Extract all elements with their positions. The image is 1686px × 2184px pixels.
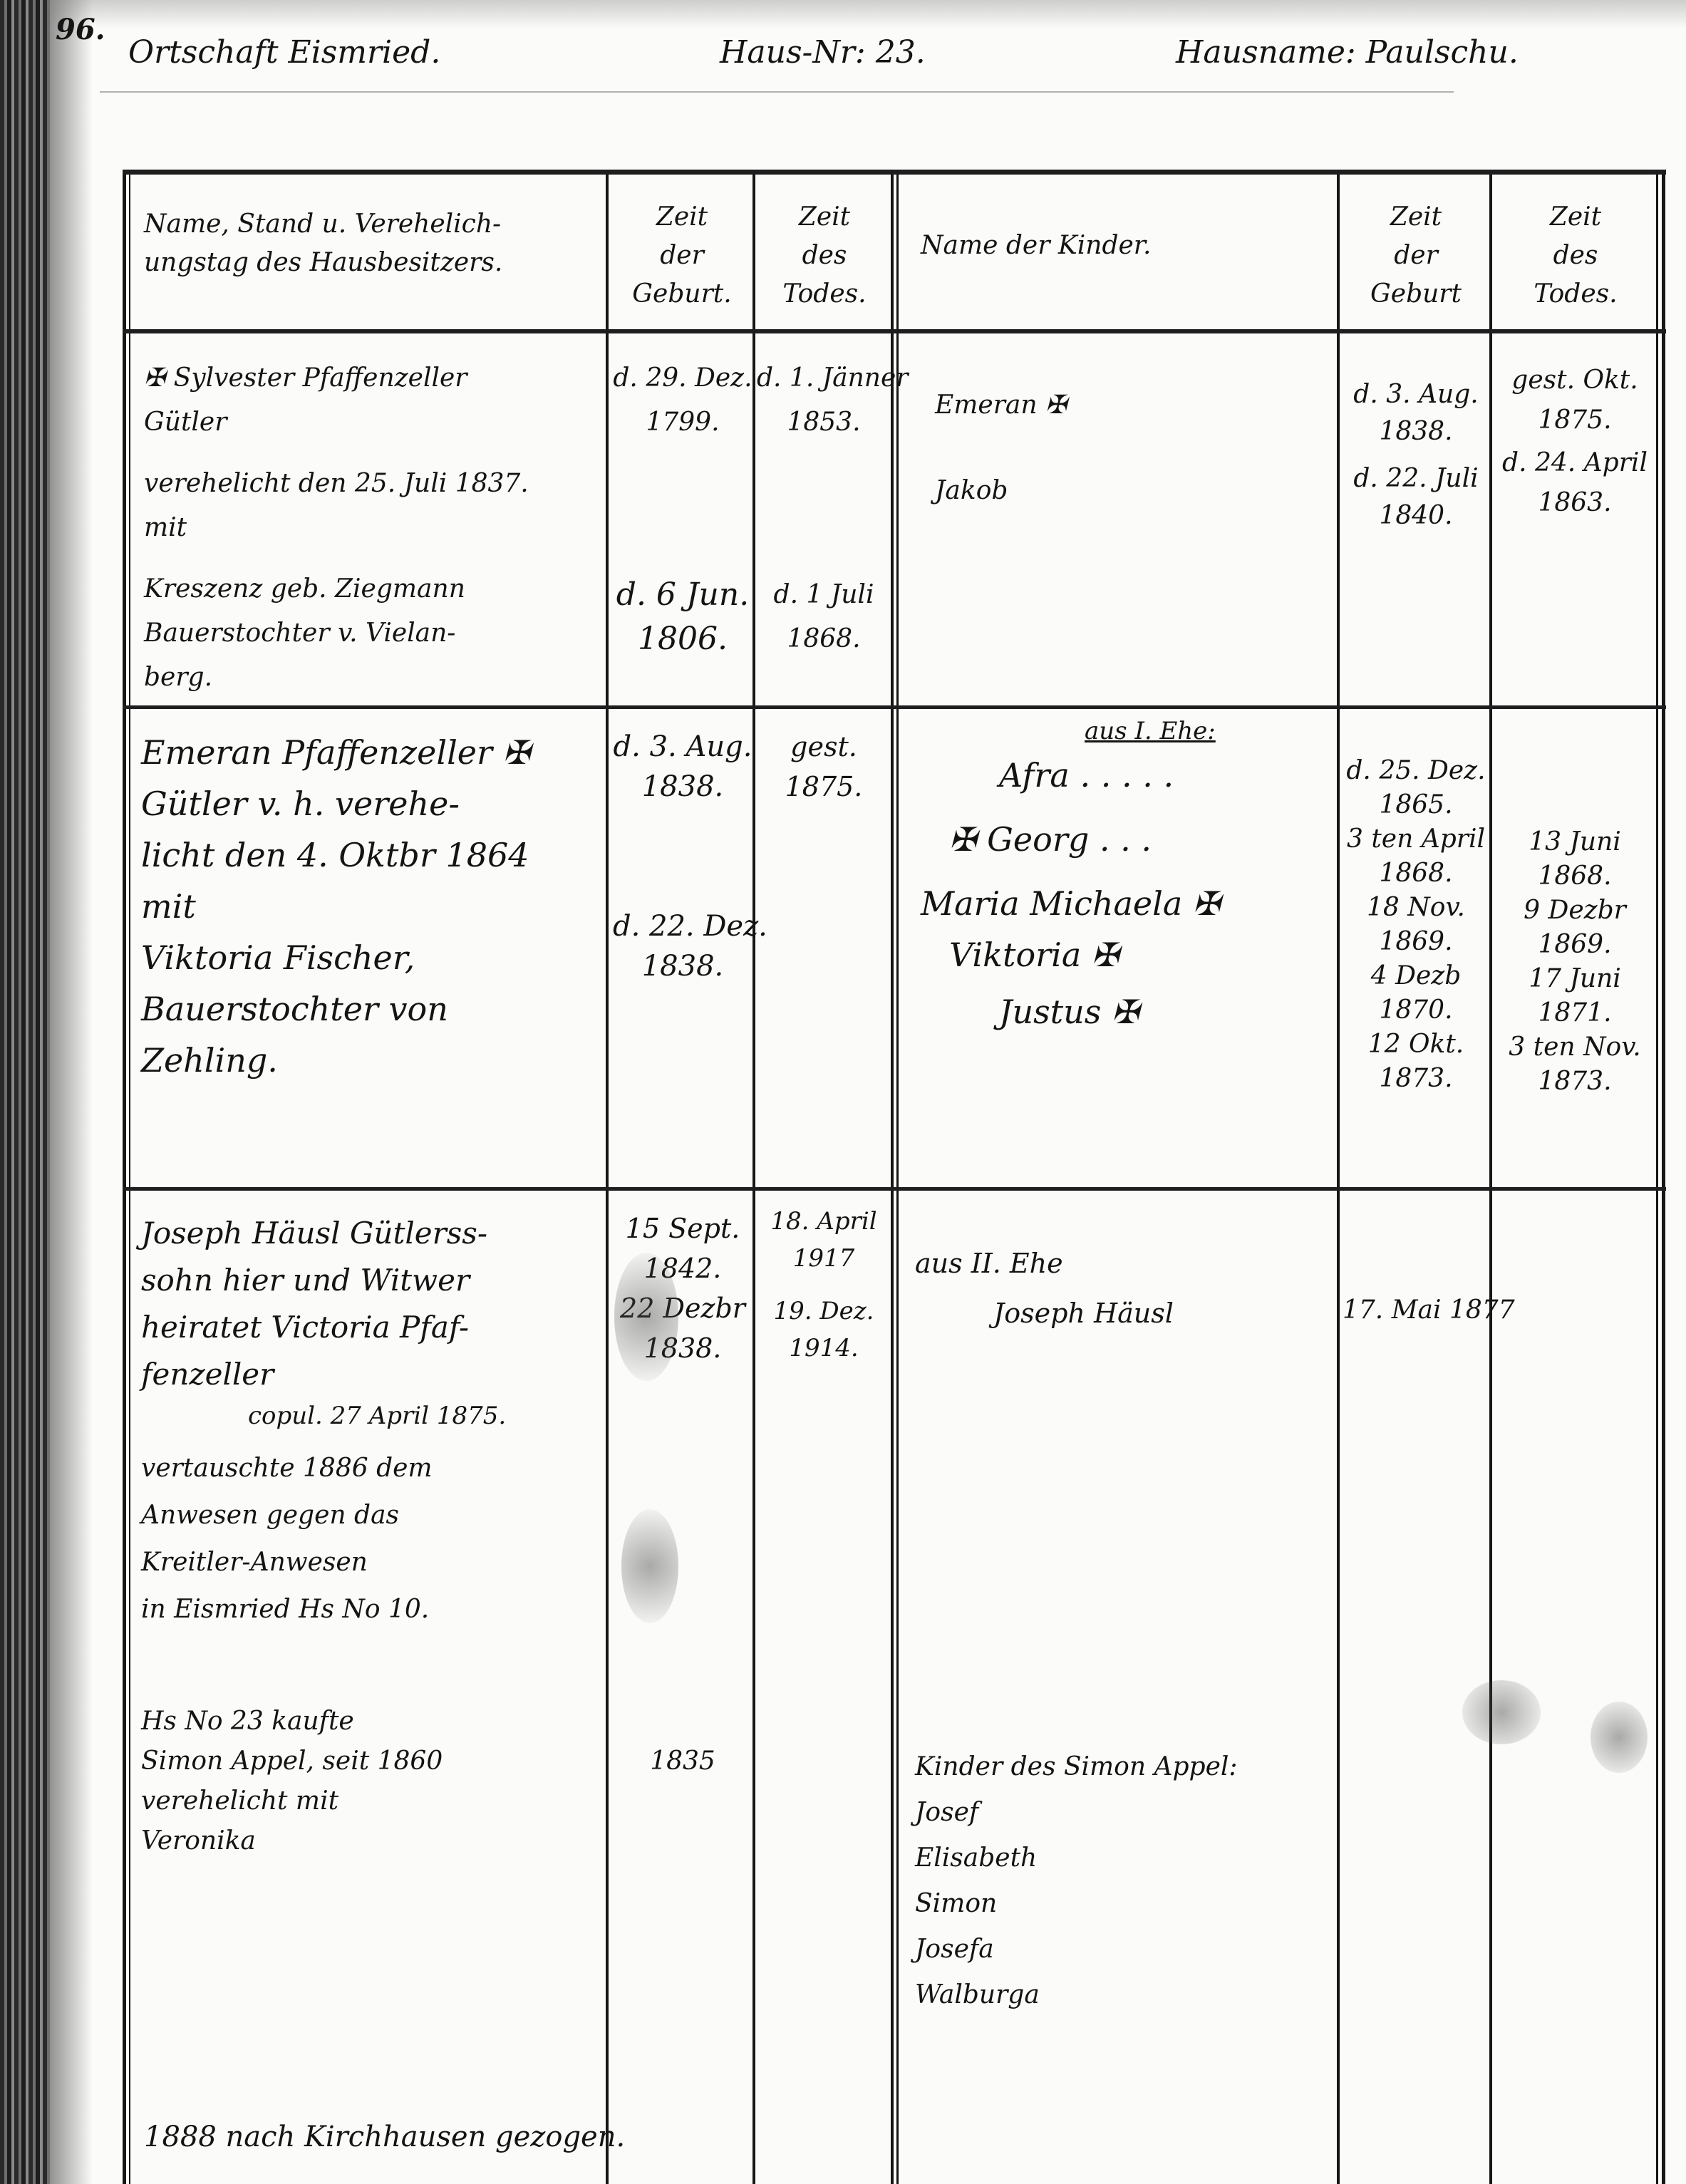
date-line: 1868.: [1343, 856, 1489, 891]
marriage-note: copul. 27 April 1875.: [248, 1398, 611, 1434]
date-line: 18 Nov.: [1343, 891, 1489, 925]
table-border-right-inner: [1656, 170, 1658, 2184]
owner-line: verehelicht mit: [141, 1781, 611, 1821]
row2-owner-birth: d. 3. Aug. 1838. d. 22. Dez. 1838.: [613, 727, 753, 986]
child-name: Josef: [915, 1790, 1328, 1836]
scan-smudge: [614, 1253, 678, 1381]
date-line: 1838.: [613, 946, 753, 986]
scan-smudge: [621, 1509, 678, 1623]
row1-owner-birth: d. 29. Dez. 1799. d. 6 Jun. 1806.: [613, 356, 753, 661]
date-line: 1869.: [1494, 928, 1656, 962]
header-line: Geburt: [1343, 275, 1489, 314]
date-line: 1873.: [1343, 1062, 1489, 1096]
row2-children: aus I. Ehe: Afra . . . . . ✠ Georg . . .…: [921, 713, 1334, 1037]
header-line: Zeit: [614, 198, 750, 237]
child-name: Joseph Häusl: [993, 1288, 1328, 1338]
owner-line: Bauerstochter v. Vielan-: [144, 611, 600, 656]
sale-note-line: in Eismried Hs No 10.: [141, 1586, 611, 1633]
row2-child-death: 13 Juni 1868. 9 Dezbr 1869. 17 Juni 1871…: [1494, 825, 1656, 1099]
child-name: Jakob: [935, 469, 1334, 513]
header-owner-birth: Zeit der Geburt.: [614, 198, 750, 314]
child-name: Walburga: [915, 1972, 1328, 2018]
date-line: 1853.: [757, 400, 891, 445]
binding-shadow: [50, 0, 93, 2184]
header-line: des: [758, 237, 891, 275]
date-line: 1871.: [1494, 996, 1656, 1030]
header-owner-line: Name, Stand u. Verehelich-: [144, 205, 600, 244]
header-child-death: Zeit des Todes.: [1495, 198, 1656, 314]
date-line: 1875.: [757, 767, 891, 807]
owner-line: Gütler: [144, 400, 600, 445]
child-name: Maria Michaela ✠: [921, 878, 1334, 929]
date-line: d. 22. Juli: [1343, 460, 1489, 497]
row3-owner-death: 18. April 1917 19. Dez. 1914.: [757, 1203, 891, 1367]
owner-line: Viktoria Fischer,: [141, 932, 611, 983]
date-line: 1840.: [1343, 497, 1489, 534]
ortschaft-heading: Ortschaft Eismried.: [128, 37, 440, 68]
header-line: der: [614, 237, 750, 275]
date-line: d. 22. Dez.: [613, 906, 753, 946]
column-divider: [753, 170, 755, 2184]
sale-note-line: Kreitler-Anwesen: [141, 1539, 611, 1586]
header-line: Geburt.: [614, 275, 750, 314]
child-name: ✠ Georg . . .: [949, 814, 1334, 865]
date-line: d. 3. Aug.: [1343, 376, 1489, 413]
date-line: 1799.: [613, 400, 753, 445]
child-name: Elisabeth: [915, 1836, 1328, 1881]
date-line: 1868.: [757, 617, 891, 661]
sale-note-line: vertauschte 1886 dem: [141, 1445, 611, 1492]
date-line: 15 Sept.: [613, 1209, 753, 1248]
header-owner: Name, Stand u. Verehelich- ungstag des H…: [144, 205, 600, 282]
row4-footer-note: 1888 nach Kirchhausen gezogen.: [144, 2121, 785, 2153]
owner-line: Kreszenz geb. Ziegmann: [144, 567, 600, 611]
header-child-birth: Zeit der Geburt: [1343, 198, 1489, 314]
date-line: d. 3. Aug.: [613, 727, 753, 767]
header-children: Name der Kinder.: [921, 227, 1320, 265]
column-divider: [606, 170, 609, 2184]
owner-line: heiratet Victoria Pfaf-: [141, 1304, 611, 1351]
table-border-left-inner: [129, 170, 130, 2184]
row1-child-death: gest. Okt. 1875. d. 24. April 1863.: [1494, 361, 1656, 523]
owner-line: Gütler v. h. verehe-: [141, 778, 611, 829]
date-line: d. 6 Jun.: [613, 573, 753, 617]
column-divider: [1489, 170, 1492, 2184]
scan-noise-top: [50, 0, 1686, 29]
date-line: 1869.: [1343, 925, 1489, 959]
house-number-heading: Haus-Nr: 23.: [720, 37, 926, 68]
owner-line: ✠ Sylvester Pfaffenzeller: [144, 356, 600, 400]
owner-line: licht den 4. Oktbr 1864: [141, 829, 611, 881]
header-line: Zeit: [1343, 198, 1489, 237]
date-line: 1865.: [1343, 788, 1489, 822]
date-line: 1868.: [1494, 859, 1656, 894]
owner-line: mit: [144, 506, 600, 550]
register-table: Name, Stand u. Verehelich- ungstag des H…: [123, 170, 1666, 2184]
header-line: Name der Kinder.: [921, 227, 1320, 265]
row4-owner-birth: 1835: [613, 1741, 753, 1781]
date-line: 12 Okt.: [1343, 1028, 1489, 1062]
row2-owner: Emeran Pfaffenzeller ✠ Gütler v. h. vere…: [141, 727, 611, 1086]
child-name: Justus ✠: [999, 986, 1334, 1037]
owner-line: Joseph Häusl Gütlerss-: [141, 1210, 611, 1257]
header-line: der: [1343, 237, 1489, 275]
child-name: Viktoria ✠: [949, 929, 1334, 980]
date-line: 4 Dezb: [1343, 959, 1489, 993]
owner-line: fenzeller: [141, 1351, 611, 1398]
owner-line: berg.: [144, 656, 600, 700]
row1-owner: ✠ Sylvester Pfaffenzeller Gütler verehel…: [144, 356, 600, 700]
date-line: 13 Juni: [1494, 825, 1656, 859]
children-heading: aus I. Ehe:: [1085, 713, 1334, 750]
header-row-divider: [123, 329, 1666, 333]
date-line: 1914.: [757, 1330, 891, 1367]
book-binding-edge: [0, 0, 50, 2184]
row-divider: [123, 1187, 1666, 1191]
date-line: d. 29. Dez.: [613, 356, 753, 400]
child-name: Simon: [915, 1881, 1328, 1927]
row1-owner-death: d. 1. Jänner 1853. d. 1 Juli 1868.: [757, 356, 891, 661]
date-line: 19. Dez.: [757, 1293, 891, 1330]
row1-child-birth: d. 3. Aug. 1838. d. 22. Juli 1840.: [1343, 376, 1489, 534]
date-line: 1873.: [1494, 1065, 1656, 1099]
owner-line: Veronika: [141, 1821, 611, 1861]
child-name: Afra . . . . .: [999, 750, 1334, 801]
table-border-left: [123, 170, 126, 2184]
child-name: Emeran ✠: [935, 383, 1334, 428]
row-divider: [123, 705, 1666, 709]
sale-note-line: Anwesen gegen das: [141, 1492, 611, 1539]
children-heading: aus II. Ehe: [915, 1238, 1328, 1288]
date-line: 1838.: [613, 767, 753, 807]
row1-children: Emeran ✠ Jakob: [935, 383, 1334, 513]
date-line: 1870.: [1343, 993, 1489, 1028]
date-line: gest.: [757, 727, 891, 767]
header-line: des: [1495, 237, 1656, 275]
date-line: 1835: [613, 1741, 753, 1781]
date-line: d. 24. April: [1494, 443, 1656, 483]
row3-child-birth: 17. Mai 1877: [1343, 1295, 1489, 1325]
date-line: 17. Mai 1877: [1343, 1295, 1489, 1325]
date-line: 17 Juni: [1494, 962, 1656, 996]
row2-child-birth: d. 25. Dez. 1865. 3 ten April 1868. 18 N…: [1343, 754, 1489, 1096]
owner-line: Zehling.: [141, 1035, 611, 1086]
row4-owner: Hs No 23 kaufte Simon Appel, seit 1860 v…: [141, 1702, 611, 1861]
header-line: Zeit: [1495, 198, 1656, 237]
children-heading: Kinder des Simon Appel:: [915, 1744, 1328, 1790]
date-line: 9 Dezbr: [1494, 894, 1656, 928]
date-line: d. 1 Juli: [757, 573, 891, 617]
date-line: 3 ten April: [1343, 822, 1489, 856]
row2-owner-death: gest. 1875.: [757, 727, 891, 807]
owner-line: Simon Appel, seit 1860: [141, 1741, 611, 1781]
owner-line: verehelicht den 25. Juli 1837.: [144, 462, 600, 506]
house-name-heading: Hausname: Paulschu.: [1176, 37, 1519, 68]
date-line: 1917: [757, 1240, 891, 1277]
date-line: 1875.: [1494, 400, 1656, 440]
date-line: d. 25. Dez.: [1343, 754, 1489, 788]
owner-line: mit: [141, 881, 611, 932]
child-name: Josefa: [915, 1927, 1328, 1972]
owner-line: sohn hier und Witwer: [141, 1257, 611, 1304]
table-border-right: [1662, 170, 1665, 2184]
column-divider: [1337, 170, 1340, 2184]
row4-children: Kinder des Simon Appel: Josef Elisabeth …: [915, 1744, 1328, 2018]
owner-line: Bauerstochter von: [141, 983, 611, 1035]
owner-line: Emeran Pfaffenzeller ✠: [141, 727, 611, 778]
row3-children: aus II. Ehe Joseph Häusl: [915, 1238, 1328, 1338]
date-line: d. 1. Jänner: [757, 356, 891, 400]
scan-smudge: [1591, 1702, 1648, 1773]
page-number: 96.: [56, 16, 105, 44]
column-divider: [891, 170, 894, 2184]
date-line: gest. Okt.: [1494, 361, 1656, 400]
moved-note: 1888 nach Kirchhausen gezogen.: [144, 2121, 785, 2153]
scan-smudge: [1462, 1680, 1541, 1744]
column-divider-inner: [896, 170, 899, 2184]
header-rule: [100, 91, 1454, 93]
date-line: 18. April: [757, 1203, 891, 1240]
header-owner-line: ungstag des Hausbesitzers.: [144, 244, 600, 282]
header-owner-death: Zeit des Todes.: [758, 198, 891, 314]
date-line: 3 ten Nov.: [1494, 1030, 1656, 1065]
table-border-top: [123, 170, 1666, 175]
header-line: Todes.: [758, 275, 891, 314]
row3-owner: Joseph Häusl Gütlerss- sohn hier und Wit…: [141, 1210, 611, 1633]
date-line: 1806.: [613, 617, 753, 661]
date-line: 1838.: [1343, 413, 1489, 450]
header-line: Zeit: [758, 198, 891, 237]
date-line: 1863.: [1494, 483, 1656, 523]
owner-line: Hs No 23 kaufte: [141, 1702, 611, 1741]
header-line: Todes.: [1495, 275, 1656, 314]
